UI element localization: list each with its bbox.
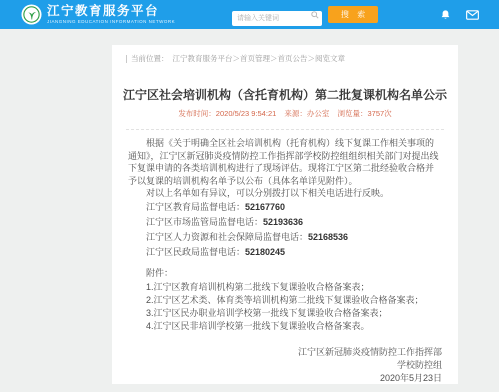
article-meta: 发布时间：2020/5/23 9:54:21 来源：办公室 浏览量：3757次 [112,108,458,119]
breadcrumb-divider [126,55,127,63]
breadcrumb-path[interactable]: 江宁教育服务平台＞首页管理＞首页公告＞阅览文章 [173,53,346,64]
search-area: 搜 索 [232,6,378,23]
logo-icon [21,4,42,25]
signature-group: 学校防控组 [112,359,442,372]
hotline-market: 江宁区市场监管局监督电话：52193636 [128,215,442,230]
content-card: 当前位置： 江宁教育服务平台＞首页管理＞首页公告＞阅览文章 江宁区社会培训机构（… [112,45,458,384]
hotline-number: 52168536 [308,232,348,242]
signature-org: 江宁区新冠肺炎疫情防控工作指挥部 [112,346,442,359]
breadcrumb: 当前位置： 江宁教育服务平台＞首页管理＞首页公告＞阅览文章 [126,53,458,64]
attachments-label: 附件： [128,266,442,281]
top-header: 江宁教育服务平台 JIANGNING EDUCATION INFORMATION… [0,0,499,29]
paragraph-objection: 对以上名单如有异议，可以分别拨打以下相关电话进行反映。 [128,187,442,200]
breadcrumb-label: 当前位置： [131,53,169,64]
mail-icon[interactable] [466,10,479,20]
signature-block: 江宁区新冠肺炎疫情防控工作指挥部 学校防控组 2020年5月23日 [112,346,458,385]
bell-icon[interactable] [440,9,451,21]
attachment-item: 1.江宁区教育培训机构第二批线下复课验收合格备案表； [128,281,442,294]
site-subtitle: JIANGNING EDUCATION INFORMATION NETWORK [47,19,175,24]
search-input[interactable] [232,11,322,26]
signature-date: 2020年5月23日 [112,372,442,385]
site-title: 江宁教育服务平台 [47,5,175,18]
paragraph-notice: 根据《关于明确全区社会培训机构（托育机构）线下复课工作相关事项的通知》，江宁区新… [128,137,442,187]
publish-time: 发布时间：2020/5/23 9:54:21 [178,109,276,118]
article-source: 来源：办公室 [284,109,329,118]
hotline-label: 江宁区市场监管局监督电话： [146,217,263,227]
meta-divider [126,129,444,130]
hotline-hr-social: 江宁区人力资源和社会保障局监督电话：52168536 [128,230,442,245]
search-box [232,7,322,22]
hotline-label: 江宁区人力资源和社会保障局监督电话： [146,232,308,242]
hotline-number: 52193636 [263,217,303,227]
hotline-label: 江宁区教育局监督电话： [146,202,245,212]
attachment-item: 2.江宁区艺术类、体育类等培训机构第二批线下复课验收合格备案表； [128,294,442,307]
article-body: 根据《关于明确全区社会培训机构（托育机构）线下复课工作相关事项的通知》，江宁区新… [128,137,442,333]
hotline-number: 52180245 [245,247,285,257]
attachment-item: 3.江宁区民办职业培训学校第一批线下复课验收合格备案表； [128,307,442,320]
site-logo[interactable]: 江宁教育服务平台 JIANGNING EDUCATION INFORMATION… [21,4,175,25]
hotline-education: 江宁区教育局监督电话：52167760 [128,200,442,215]
view-count: 浏览量：3757次 [337,109,391,118]
article-title: 江宁区社会培训机构（含托育机构）第二批复课机构名单公示 [122,88,448,102]
hotline-number: 52167760 [245,202,285,212]
hotline-label: 江宁区民政局监督电话： [146,247,245,257]
attachment-item: 4.江宁区民非培训学校第一批线下复课验收合格备案表。 [128,320,442,333]
search-button[interactable]: 搜 索 [328,6,378,23]
hotline-civil: 江宁区民政局监督电话：52180245 [128,245,442,260]
search-icon [311,11,319,19]
